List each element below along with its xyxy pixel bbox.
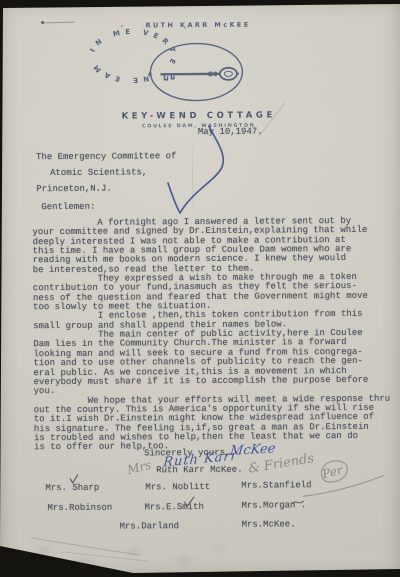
pen-checkmark-icon	[160, 118, 235, 223]
key-icon	[160, 68, 239, 81]
paper-speck	[121, 25, 123, 27]
checkmark-sharp-icon	[69, 474, 79, 486]
handwritten-signature-last: McKee	[229, 441, 276, 459]
signer-noblitt: Mrs. Noblitt	[145, 483, 210, 493]
salutation: Gentlemen:	[41, 203, 95, 213]
key-emblem-icon: NE EAM IN ME VERTE ★	[144, 37, 248, 108]
recipient-line-2: Atomic Scientists,	[50, 168, 147, 178]
recipient-line-1: The Emergency Committee of	[36, 152, 176, 162]
recipient-line-3: Princeton,N.J.	[36, 185, 112, 195]
letter-body: A fortnight ago I answered a letter sent…	[32, 217, 390, 453]
pencil-mrs-annotation: Mrs	[126, 458, 153, 478]
paper-speck	[41, 21, 44, 24]
emblem-star-icon: ★	[146, 70, 155, 80]
letter-content: RUTH KARR McKEE NE EAM IN ME VERTE ★ KEY…	[0, 0, 400, 577]
bleedthrough-marks	[14, 540, 244, 572]
signer-darland: Mrs.Darland	[120, 522, 179, 532]
signer-mckee: Mrs.McKee.	[242, 520, 296, 530]
paper-speck	[237, 24, 239, 26]
scanned-letter: RUTH KARR McKEE NE EAM IN ME VERTE ★ KEY…	[0, 0, 400, 577]
signer-robinson: Mrs.Robinson	[47, 504, 112, 514]
pencil-flourish-mark	[299, 455, 391, 502]
checkmark-smith-icon	[183, 496, 195, 508]
tilde-morgan-icon	[291, 498, 305, 506]
paper-speck	[184, 27, 186, 29]
signer-stanfield: Mrs.Stanfield	[241, 481, 311, 491]
